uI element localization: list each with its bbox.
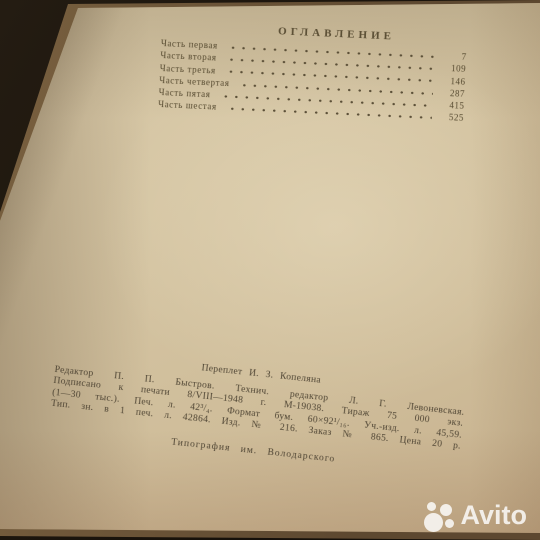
avito-logo-icon [424,500,457,531]
avito-wordmark: Avito [461,502,528,529]
colophon-section: Переплет И. З. Копеляна Редактор П. П. Б… [48,347,467,478]
toc-entry-label: Часть третья [160,63,216,76]
toc-page-number: 146 [439,75,465,86]
toc-entry-label: Часть вторая [160,50,217,63]
toc-page-number: 109 [440,63,466,74]
book-page-photo: ОГЛАВЛЕНИЕ Часть первая 7 Часть вторая 1… [0,0,540,540]
toc-entry-label: Часть первая [161,38,218,51]
toc-entry-label: Часть пятая [158,87,210,99]
toc-page-number: 415 [438,100,464,111]
book-page: ОГЛАВЛЕНИЕ Часть первая 7 Часть вторая 1… [0,0,540,540]
toc-page-number: 287 [439,88,465,99]
toc-entry-label: Часть шестая [158,99,217,112]
toc-section: ОГЛАВЛЕНИЕ Часть первая 7 Часть вторая 1… [158,20,468,126]
avito-watermark: Avito [424,500,528,531]
toc-page-number: 525 [438,112,464,123]
toc-entry-label: Часть четвертая [159,75,230,88]
toc-page-number: 7 [440,51,466,62]
